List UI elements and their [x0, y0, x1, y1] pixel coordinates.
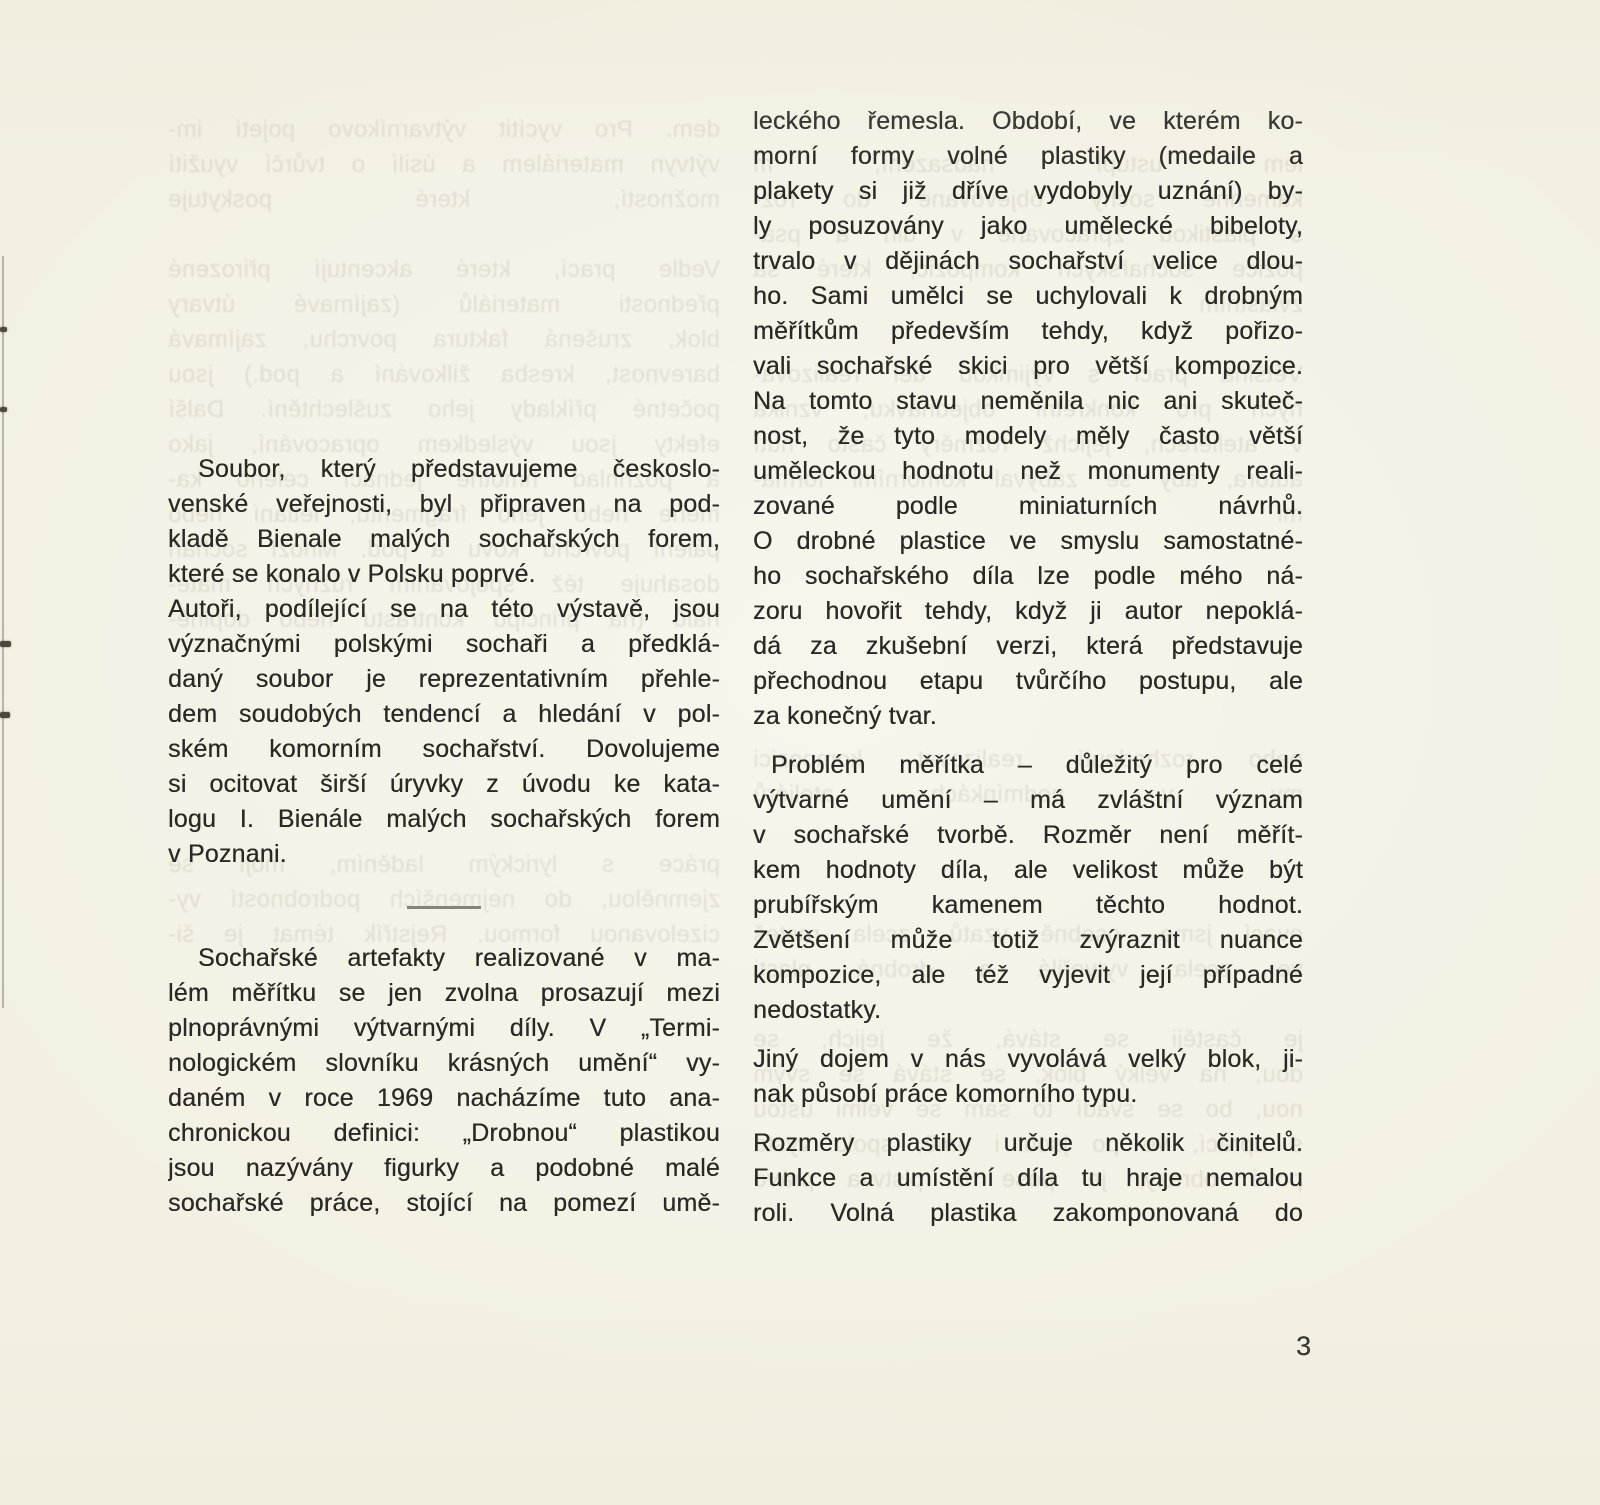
text-line: kem hodnoty díla, ale velikost může být: [753, 853, 1303, 888]
paragraph: Sochařské artefakty realizované v ma-lém…: [168, 941, 720, 1221]
page-binding-edge-line: [2, 256, 4, 1008]
text-line: Soubor, který představujeme českoslo-: [168, 452, 720, 487]
bleedthrough-line: [168, 217, 720, 252]
text-line: Jiný dojem v nás vyvolává velký blok, ji…: [753, 1042, 1303, 1077]
text-line: leckého řemesla. Období, ve kterém ko-: [753, 104, 1303, 139]
text-line: Problém měřítka – důležitý pro celé: [753, 748, 1303, 783]
paragraph: Jiný dojem v nás vyvolává velký blok, ji…: [753, 1042, 1303, 1112]
text-line: lém měřítku se jen zvolna prosazují mezi: [168, 976, 720, 1011]
text-column-right: leckého řemesla. Období, ve kterém ko-mo…: [753, 104, 1303, 1231]
binding-mark: [0, 327, 7, 332]
bleedthrough-line: přednosti materiálů (zajímavé útvary: [168, 287, 720, 322]
bleedthrough-line: možností, které poskytuje: [168, 182, 720, 217]
text-line: jsou nazývány figurky a podobné malé: [168, 1151, 720, 1186]
text-line: ském komorním sochařství. Dovolujeme: [168, 732, 720, 767]
text-line: ho sochařského díla lze podle mého ná-: [753, 559, 1303, 594]
text-column-left: Soubor, který představujeme českoslo-ven…: [168, 452, 720, 1221]
text-line: nedostatky.: [753, 993, 1303, 1028]
text-line: daném v roce 1969 nacházíme tuto ana-: [168, 1081, 720, 1116]
text-line: sochařské práce, stojící na pomezí umě-: [168, 1186, 720, 1221]
text-line: daný soubor je reprezentativním přehle-: [168, 662, 720, 697]
text-line: venské veřejnosti, byl připraven na pod-: [168, 487, 720, 522]
book-page-scan: dem. Pro vycítit výtvarníkovo pojetí im-…: [0, 0, 1600, 1505]
bleedthrough-line: dem. Pro vycítit výtvarníkovo pojetí im-: [168, 112, 720, 147]
text-line: plnoprávnými výtvarnými díly. V „Termi-: [168, 1011, 720, 1046]
bleedthrough-line: Vedle prací, které akcentují přirozené: [168, 252, 720, 287]
text-line: O drobné plastice ve smyslu samostatné-: [753, 524, 1303, 559]
binding-mark: [0, 712, 10, 718]
text-line: morní formy volné plastiky (medaile a: [753, 139, 1303, 174]
text-line: Sochařské artefakty realizované v ma-: [168, 941, 720, 976]
text-line: si ocitovat širší úryvky z úvodu ke kata…: [168, 767, 720, 802]
text-line: dá za zkušební verzi, která představuje: [753, 629, 1303, 664]
binding-mark: [0, 407, 7, 412]
section-divider: [407, 906, 481, 909]
paragraph: leckého řemesla. Období, ve kterém ko-mo…: [753, 104, 1303, 734]
binding-mark: [0, 641, 11, 647]
text-line: logu I. Bienále malých sochařských forem: [168, 802, 720, 837]
text-line: v Poznani.: [168, 837, 720, 872]
text-line: nak působí práce komorního typu.: [753, 1077, 1303, 1112]
text-line: roli. Volná plastika zakomponovaná do: [753, 1196, 1303, 1231]
text-line: Funkce a umístění díla tu hraje nemalou: [753, 1161, 1303, 1196]
bleedthrough-line: početné příklady jeho zušlechtění. Další: [168, 392, 720, 427]
page-number: 3: [1296, 1331, 1311, 1362]
text-line: nologickém slovníku krásných umění“ vy-: [168, 1046, 720, 1081]
text-line: trvalo v dějinách sochařství velice dlou…: [753, 244, 1303, 279]
bleedthrough-line: výtvyn materiálem a úsilí o tvůrčí využi…: [168, 147, 720, 182]
paragraph: Rozměry plastiky určuje několik činitelů…: [753, 1126, 1303, 1231]
text-line: kladě Bienale malých sochařských forem,: [168, 522, 720, 557]
text-line: kompozice, ale též vyjevit její případné: [753, 958, 1303, 993]
text-line: zoru hovořit tehdy, když ji autor nepokl…: [753, 594, 1303, 629]
text-line: výtvarné umění – má zvláštní význam: [753, 783, 1303, 818]
paragraph: Problém měřítka – důležitý pro celévýtva…: [753, 748, 1303, 1028]
text-line: prubířským kamenem těchto hodnot.: [753, 888, 1303, 923]
paragraph: Autoři, podílející se na této výstavě, j…: [168, 592, 720, 872]
text-line: dem soudobých tendencí a hledání v pol-: [168, 697, 720, 732]
text-line: za konečný tvar.: [753, 699, 1303, 734]
bleedthrough-line: blok, zrušená faktura povrchu, zajímavá: [168, 322, 720, 357]
text-line: ho. Sami umělci se uchylovali k drobným: [753, 279, 1303, 314]
text-line: Rozměry plastiky určuje několik činitelů…: [753, 1126, 1303, 1161]
text-line: v sochařské tvorbě. Rozměr není měřít-: [753, 818, 1303, 853]
text-line: uměleckou hodnotu než monumenty reali-: [753, 454, 1303, 489]
text-line: plakety si již dříve vydobyly uznání) by…: [753, 174, 1303, 209]
text-line: přechodnou etapu tvůrčího postupu, ale: [753, 664, 1303, 699]
text-line: měřítkům především tehdy, když pořizo-: [753, 314, 1303, 349]
text-line: Zvětšení může totiž zvýraznit nuance: [753, 923, 1303, 958]
text-line: které se konalo v Polsku poprvé.: [168, 557, 720, 592]
text-line: nost, že tyto modely měly často větší: [753, 419, 1303, 454]
bleedthrough-line: barevnost, kresba žilkování a pod.) jsou: [168, 357, 720, 392]
text-line: význačnými polskými sochaři a předklá-: [168, 627, 720, 662]
text-line: chronickou definici: „Drobnou“ plastikou: [168, 1116, 720, 1151]
paragraph: Soubor, který představujeme českoslo-ven…: [168, 452, 720, 592]
text-line: Na tomto stavu neměnila nic ani skuteč-: [753, 384, 1303, 419]
text-line: zované podle miniaturních návrhů.: [753, 489, 1303, 524]
text-line: Autoři, podílející se na této výstavě, j…: [168, 592, 720, 627]
text-line: ly posuzovány jako umělecké bibeloty,: [753, 209, 1303, 244]
text-line: vali sochařské skici pro větší kompozice…: [753, 349, 1303, 384]
